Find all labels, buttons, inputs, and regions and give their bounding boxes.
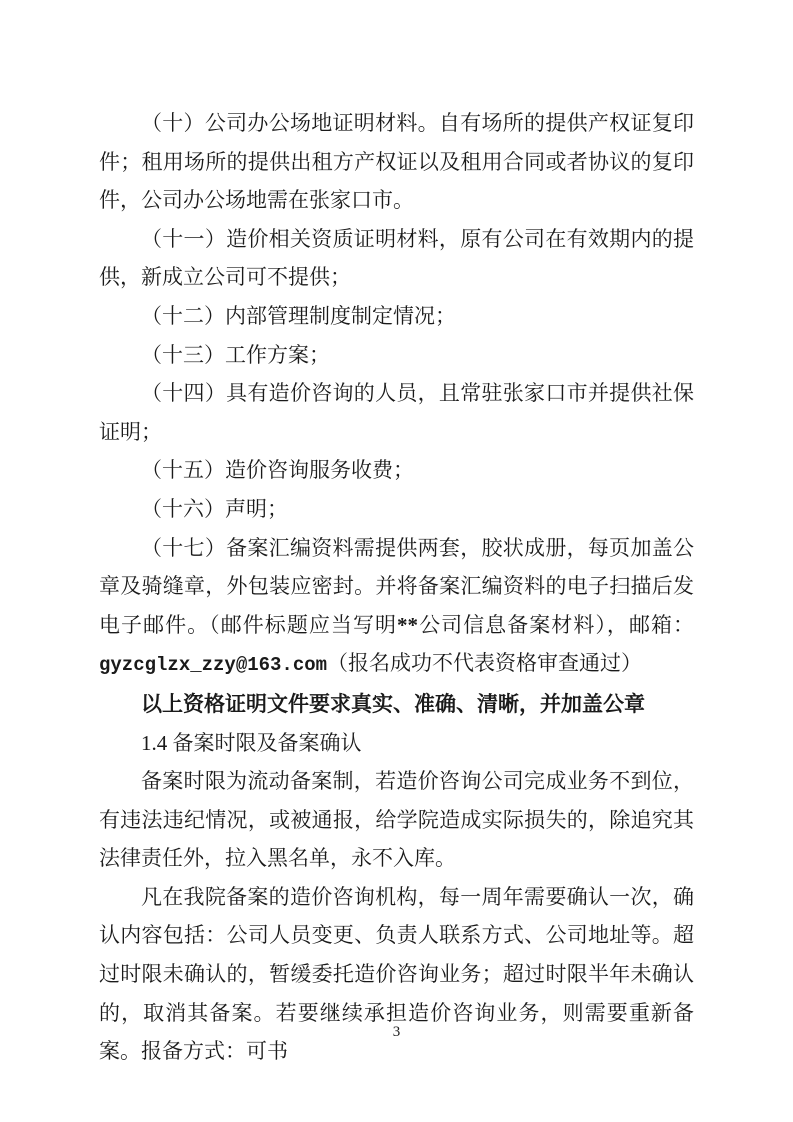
paragraph: （十五）造价咨询服务收费； [99, 451, 694, 490]
page-number: 3 [393, 1024, 401, 1040]
paragraph: 1.4 备案时限及备案确认 [99, 724, 694, 763]
paragraph: 以上资格证明文件要求真实、准确、清晰，并加盖公章 [99, 685, 694, 724]
paragraph: （十一）造价相关资质证明材料，原有公司在有效期内的提供，新成立公司可不提供； [99, 220, 694, 297]
paragraph: （十四）具有造价咨询的人员，且常驻张家口市并提供社保证明； [99, 374, 694, 451]
paragraph: （十）公司办公场地证明材料。自有场所的提供产权证复印件；租用场所的提供出租方产权… [99, 104, 694, 220]
text-segment: 公司信息备案材料），邮箱： [418, 613, 694, 637]
paragraph: （十三）工作方案； [99, 336, 694, 375]
document-body: （十）公司办公场地证明材料。自有场所的提供产权证复印件；租用场所的提供出租方产权… [99, 104, 694, 1071]
email-address: gyzcglzx_zzy@163.com [99, 654, 327, 676]
text-segment: （报名成功不代表资格审查通过） [327, 651, 642, 675]
paragraph: （十七）备案汇编资料需提供两套，胶状成册，每页加盖公章及骑缝章，外包装应密封。并… [99, 529, 694, 685]
document-page: （十）公司办公场地证明材料。自有场所的提供产权证复印件；租用场所的提供出租方产权… [0, 0, 793, 1122]
paragraph: （十六）声明； [99, 490, 694, 529]
page-footer: 3 [0, 1022, 793, 1042]
paragraph: （十二）内部管理制度制定情况； [99, 297, 694, 336]
text-segment: ** [397, 613, 418, 637]
paragraph: 备案时限为流动备案制，若造价咨询公司完成业务不到位，有违法违纪情况，或被通报，给… [99, 762, 694, 878]
